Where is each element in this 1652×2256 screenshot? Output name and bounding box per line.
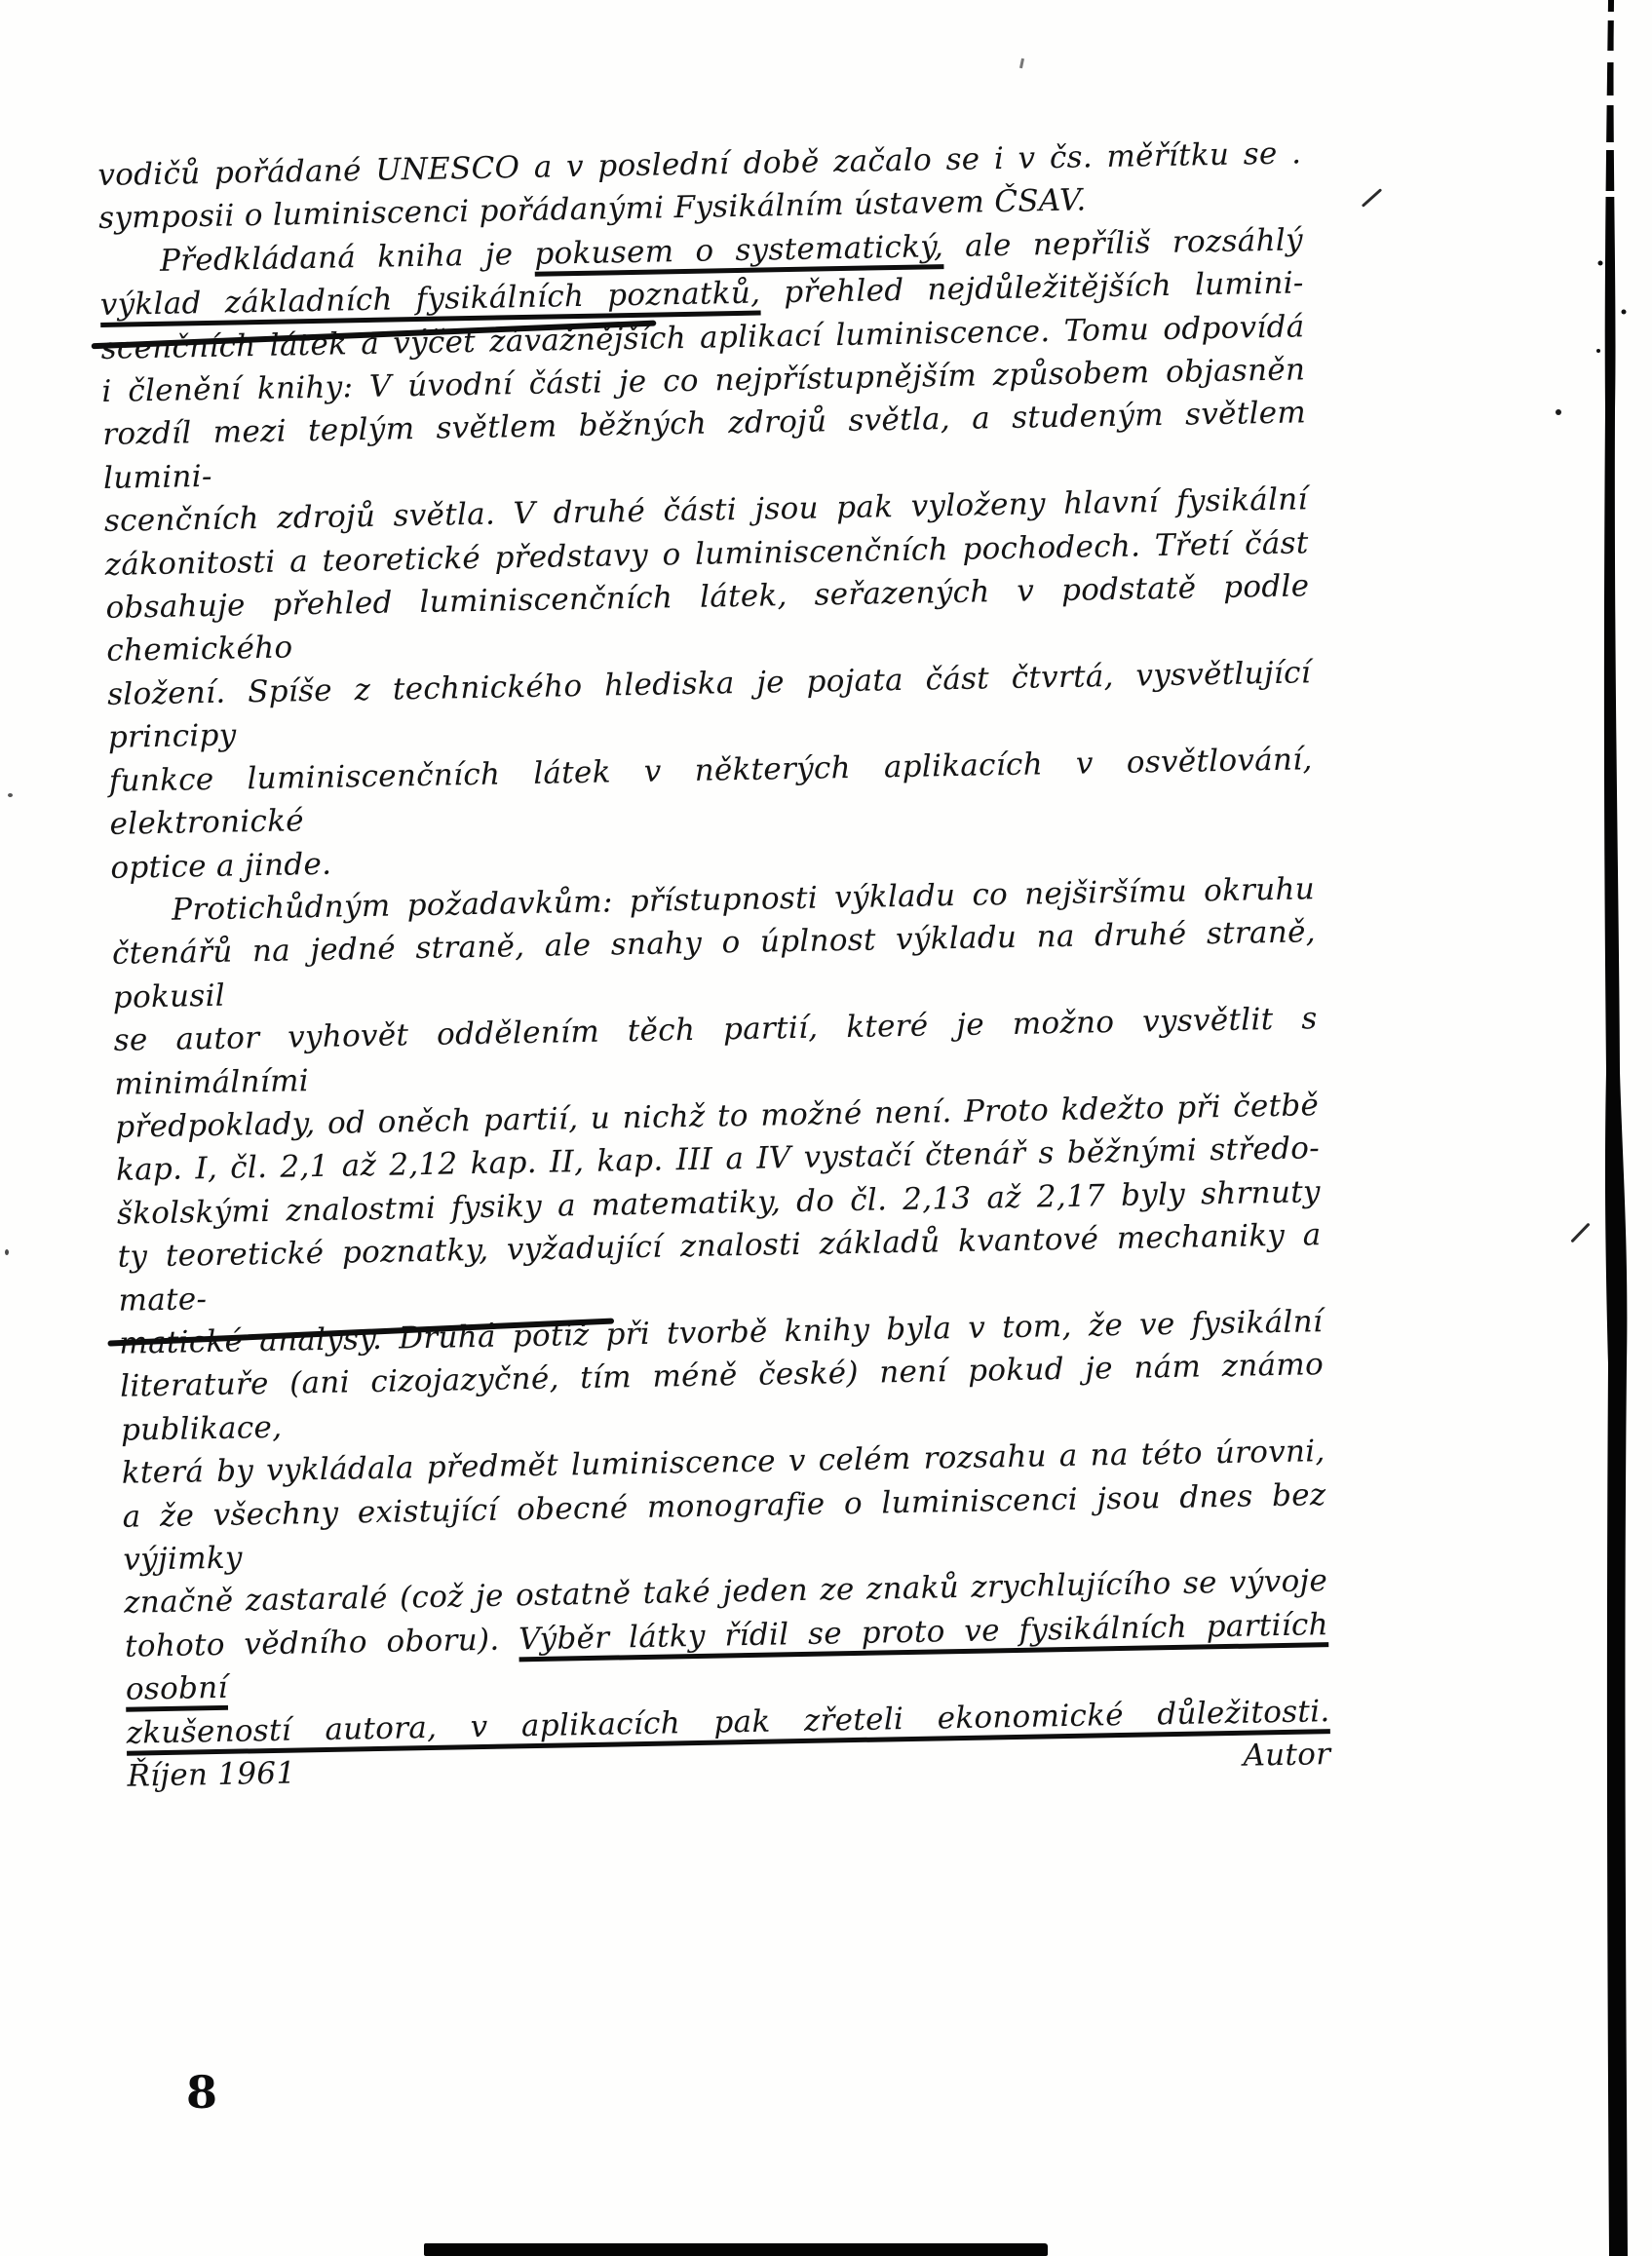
underlined-phrase: výklad základních fysikálních poznatků,	[100, 276, 761, 323]
ink-speck	[5, 1249, 9, 1255]
text-run: Předkládaná kniha je	[160, 237, 535, 279]
pencil-slash-mark	[1570, 1223, 1590, 1243]
preface-text-block: vodičů pořádané UNESCO a v poslední době…	[97, 132, 1331, 1798]
text-run: Říjen 1961	[127, 1752, 296, 1799]
author-signature: Autor	[1243, 1733, 1331, 1778]
text-run: optice a jinde.	[110, 846, 331, 885]
ink-speck	[8, 793, 13, 797]
underlined-phrase: pokusem o systematický,	[534, 229, 943, 272]
pencil-check-mark	[1362, 188, 1382, 208]
scanned-book-page: vodičů pořádané UNESCO a v poslední době…	[0, 0, 1652, 2256]
text-run: tohoto vědního oboru).	[125, 1622, 519, 1663]
scan-bottom-bar	[424, 2243, 1048, 2256]
scan-gutter-bar	[1589, 0, 1647, 2256]
ink-speck	[1019, 58, 1024, 68]
ink-speck	[1556, 409, 1561, 415]
page-number: 8	[186, 2066, 217, 2119]
text-run: ale nepříliš rozsáhlý	[943, 222, 1303, 264]
text-run: přehled nejdůležitějších lumini-	[760, 266, 1304, 311]
